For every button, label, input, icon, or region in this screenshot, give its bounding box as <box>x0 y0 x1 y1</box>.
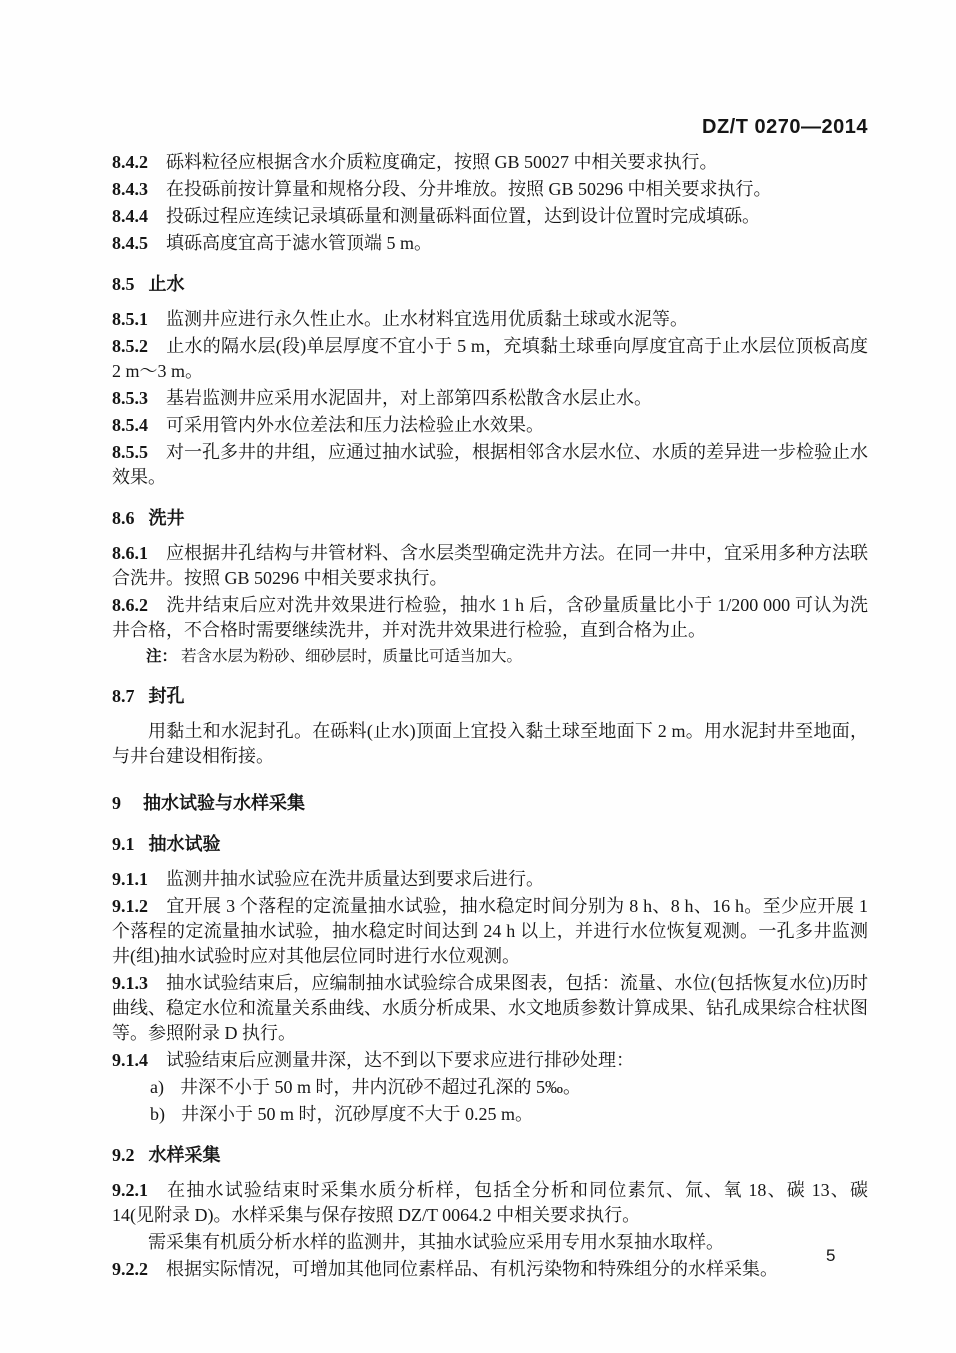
block-text: 抽水试验结束后，应编制抽水试验综合成果图表，包括：流量、水位(包括恢复水位)历时… <box>112 973 868 1043</box>
clause-number: 8.4.4 <box>112 206 148 226</box>
list-item: b)井深小于 50 m 时，沉砂厚度不大于 0.25 m。 <box>150 1102 868 1127</box>
clause: 8.4.2砾料粒径应根据含水介质粒度确定，按照 GB 50027 中相关要求执行… <box>112 150 868 175</box>
chapter-heading: 9抽水试验与水样采集 <box>112 791 868 816</box>
clause: 9.2.2根据实际情况，可增加其他同位素样品、有机污染物和特殊组分的水样采集。 <box>112 1257 868 1282</box>
clause-number: 8.5.5 <box>112 442 148 462</box>
clause: 8.5.3基岩监测井应采用水泥固井，对上部第四系松散含水层止水。 <box>112 386 868 411</box>
clause-number: 9.1.4 <box>112 1050 148 1070</box>
clause: 8.5.5对一孔多井的井组，应通过抽水试验，根据相邻含水层水位、水质的差异进一步… <box>112 440 868 490</box>
clause-number: 9 <box>112 793 121 813</box>
block-text: 填砾高度宜高于滤水管顶端 5 m。 <box>166 233 432 253</box>
block-text: 洗井结束后应对洗井效果进行检验，抽水 1 h 后，含砂量质量比小于 1/200 … <box>112 595 868 640</box>
block-text: 监测井应进行永久性止水。止水材料宜选用优质黏土球或水泥等。 <box>166 309 688 329</box>
document-body: 8.4.2砾料粒径应根据含水介质粒度确定，按照 GB 50027 中相关要求执行… <box>112 150 868 1284</box>
block-text: 井深小于 50 m 时，沉砂厚度不大于 0.25 m。 <box>181 1104 533 1124</box>
document-page: DZ/T 0270—2014 8.4.2砾料粒径应根据含水介质粒度确定，按照 G… <box>0 0 956 1353</box>
block-text: 水样采集 <box>149 1145 221 1165</box>
clause: 9.2.1在抽水试验结束时采集水质分析样，包括全分析和同位素氘、氚、氧 18、碳… <box>112 1178 868 1228</box>
clause: 9.1.1监测井抽水试验应在洗井质量达到要求后进行。 <box>112 867 868 892</box>
standard-number-header: DZ/T 0270—2014 <box>702 116 868 139</box>
block-text: 洗井 <box>149 508 185 528</box>
block-text: 用黏土和水泥封孔。在砾料(止水)顶面上宜投入黏土球至地面下 2 m。用水泥封井至… <box>112 721 868 766</box>
clause: 8.6.1应根据井孔结构与井管材料、含水层类型确定洗井方法。在同一井中，宜采用多… <box>112 541 868 591</box>
block-text: 止水 <box>149 274 185 294</box>
clause-number: 8.5.2 <box>112 336 148 356</box>
block-text: 在抽水试验结束时采集水质分析样，包括全分析和同位素氘、氚、氧 18、碳 13、碳… <box>112 1180 868 1225</box>
clause: 9.1.2宜开展 3 个落程的定流量抽水试验，抽水稳定时间分别为 8 h、8 h… <box>112 894 868 969</box>
section-heading: 8.6洗井 <box>112 506 868 531</box>
block-text: 根据实际情况，可增加其他同位素样品、有机污染物和特殊组分的水样采集。 <box>166 1259 778 1279</box>
clause-number: 8.4.5 <box>112 233 148 253</box>
paragraph: 需采集有机质分析水样的监测井，其抽水试验应采用专用水泵抽水取样。 <box>112 1230 868 1255</box>
clause-number: 8.5 <box>112 274 135 294</box>
block-text: 若含水层为粉砂、细砂层时，质量比可适当加大。 <box>181 648 522 665</box>
block-text: 需采集有机质分析水样的监测井，其抽水试验应采用专用水泵抽水取样。 <box>148 1232 724 1252</box>
clause-number: 9.2.1 <box>112 1180 148 1200</box>
block-text: 抽水试验 <box>149 834 221 854</box>
block-text: 砾料粒径应根据含水介质粒度确定，按照 GB 50027 中相关要求执行。 <box>166 152 718 172</box>
clause: 8.4.5填砾高度宜高于滤水管顶端 5 m。 <box>112 231 868 256</box>
section-heading: 8.5止水 <box>112 272 868 297</box>
clause: 8.5.1监测井应进行永久性止水。止水材料宜选用优质黏土球或水泥等。 <box>112 307 868 332</box>
clause: 8.4.4投砾过程应连续记录填砾量和测量砾料面位置，达到设计位置时完成填砾。 <box>112 204 868 229</box>
block-text: 可采用管内外水位差法和压力法检验止水效果。 <box>166 415 544 435</box>
note: 注：若含水层为粉砂、细砂层时，质量比可适当加大。 <box>146 645 868 668</box>
block-text: 止水的隔水层(段)单层厚度不宜小于 5 m，充填黏土球垂向厚度宜高于止水层位顶板… <box>112 336 868 381</box>
clause-number: 9.1.3 <box>112 973 148 993</box>
clause: 9.1.3抽水试验结束后，应编制抽水试验综合成果图表，包括：流量、水位(包括恢复… <box>112 971 868 1046</box>
clause-number: 9.1 <box>112 834 135 854</box>
section-heading: 9.1抽水试验 <box>112 832 868 857</box>
block-text: 监测井抽水试验应在洗井质量达到要求后进行。 <box>166 869 544 889</box>
clause: 8.4.3在投砾前按计算量和规格分段、分井堆放。按照 GB 50296 中相关要… <box>112 177 868 202</box>
clause-number: 8.6.2 <box>112 595 148 615</box>
clause-number: 8.7 <box>112 686 135 706</box>
clause-number: 8.4.3 <box>112 179 148 199</box>
clause-number: 8.4.2 <box>112 152 148 172</box>
clause-number: 8.5.4 <box>112 415 148 435</box>
paragraph: 用黏土和水泥封孔。在砾料(止水)顶面上宜投入黏土球至地面下 2 m。用水泥封井至… <box>112 719 868 769</box>
section-heading: 9.2水样采集 <box>112 1143 868 1168</box>
block-text: 投砾过程应连续记录填砾量和测量砾料面位置，达到设计位置时完成填砾。 <box>166 206 760 226</box>
clause-number: a) <box>150 1077 164 1097</box>
clause: 9.1.4试验结束后应测量井深，达不到以下要求应进行排砂处理： <box>112 1048 868 1073</box>
clause-number: 9.2 <box>112 1145 135 1165</box>
clause-number: 9.1.1 <box>112 869 148 889</box>
clause: 8.6.2洗井结束后应对洗井效果进行检验，抽水 1 h 后，含砂量质量比小于 1… <box>112 593 868 643</box>
clause: 8.5.2止水的隔水层(段)单层厚度不宜小于 5 m，充填黏土球垂向厚度宜高于止… <box>112 334 868 384</box>
list-item: a)井深不小于 50 m 时，井内沉砂不超过孔深的 5‰。 <box>150 1075 868 1100</box>
block-text: 应根据井孔结构与井管材料、含水层类型确定洗井方法。在同一井中，宜采用多种方法联合… <box>112 543 868 588</box>
block-text: 井深不小于 50 m 时，井内沉砂不超过孔深的 5‰。 <box>180 1077 581 1097</box>
block-text: 封孔 <box>149 686 185 706</box>
block-text: 在投砾前按计算量和规格分段、分井堆放。按照 GB 50296 中相关要求执行。 <box>166 179 772 199</box>
clause-number: 8.6.1 <box>112 543 148 563</box>
clause-number: 8.5.3 <box>112 388 148 408</box>
block-text: 抽水试验与水样采集 <box>143 793 305 813</box>
block-text: 基岩监测井应采用水泥固井，对上部第四系松散含水层止水。 <box>166 388 652 408</box>
clause: 8.5.4可采用管内外水位差法和压力法检验止水效果。 <box>112 413 868 438</box>
clause-number: 9.1.2 <box>112 896 148 916</box>
clause-number: b) <box>150 1104 165 1124</box>
block-text: 对一孔多井的井组，应通过抽水试验，根据相邻含水层水位、水质的差异进一步检验止水效… <box>112 442 868 487</box>
section-heading: 8.7封孔 <box>112 684 868 709</box>
page-number: 5 <box>826 1246 835 1266</box>
clause-number: 9.2.2 <box>112 1259 148 1279</box>
block-text: 宜开展 3 个落程的定流量抽水试验，抽水稳定时间分别为 8 h、8 h、16 h… <box>112 896 868 966</box>
block-text: 试验结束后应测量井深，达不到以下要求应进行排砂处理： <box>166 1050 634 1070</box>
clause-number: 8.5.1 <box>112 309 148 329</box>
note-label: 注： <box>146 648 177 665</box>
clause-number: 8.6 <box>112 508 135 528</box>
